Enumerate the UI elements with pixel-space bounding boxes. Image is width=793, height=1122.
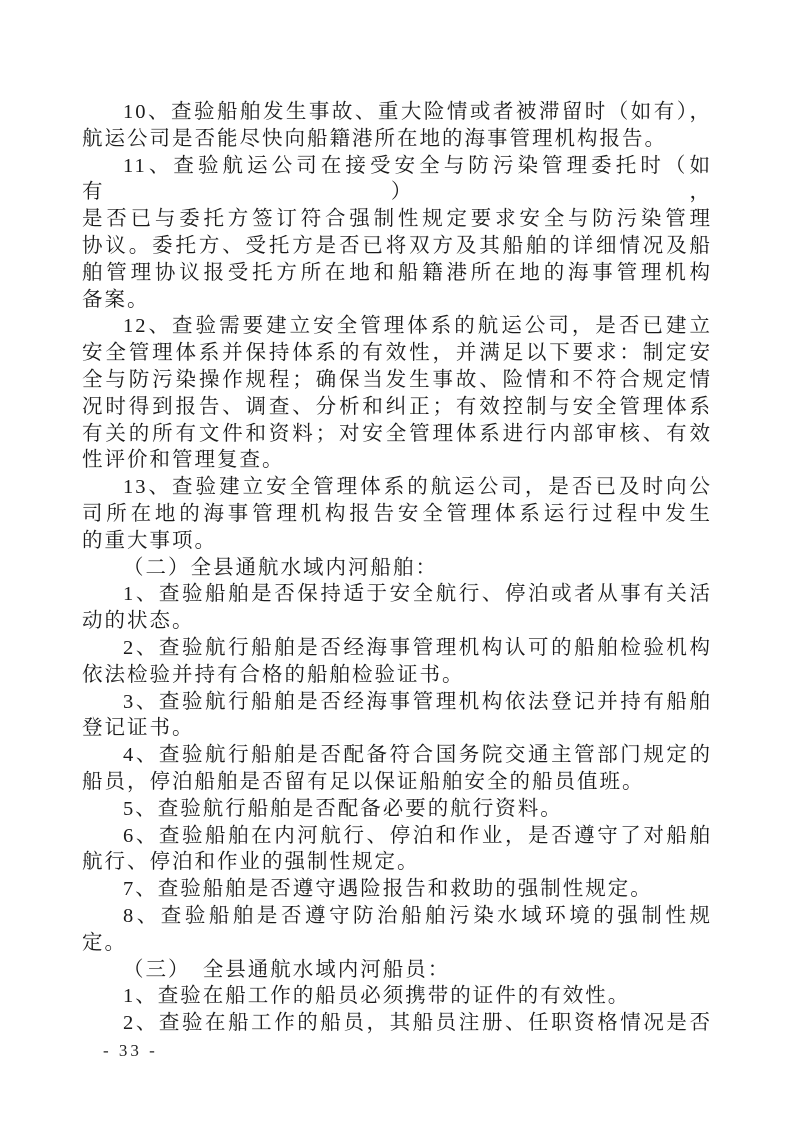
text-line: 况时得到报告、调查、分析和纠正；有效控制与安全管理体系 xyxy=(82,394,712,421)
numbered-paragraph: 5、查验航行船舶是否配备必要的航行资料。 xyxy=(82,796,712,823)
text-line: （三） 全县通航水域内河船员： xyxy=(82,957,712,984)
text-line: 10、查验船舶发生事故、重大险情或者被滞留时（如有）， xyxy=(82,99,712,126)
numbered-paragraph: 11、查验航运公司在接受安全与防污染管理委托时（如有），是否已与委托方签订符合强… xyxy=(82,153,712,314)
text-line: 6、查验船舶在内河航行、停泊和作业，是否遵守了对船舶 xyxy=(82,823,712,850)
document-body: 10、查验船舶发生事故、重大险情或者被滞留时（如有），航运公司是否能尽快向船籍港… xyxy=(82,99,712,1037)
numbered-paragraph: 2、查验航行船舶是否经海事管理机构认可的船舶检验机构依法检验并持有合格的船舶检验… xyxy=(82,635,712,689)
section-heading: （三） 全县通航水域内河船员： xyxy=(82,957,712,984)
text-line: 航行、停泊和作业的强制性规定。 xyxy=(82,849,712,876)
text-line: 全与防污染操作规程；确保当发生事故、险情和不符合规定情 xyxy=(82,367,712,394)
numbered-paragraph: 10、查验船舶发生事故、重大险情或者被滞留时（如有），航运公司是否能尽快向船籍港… xyxy=(82,99,712,153)
text-line: 3、查验航行船舶是否经海事管理机构依法登记并持有船舶 xyxy=(82,689,712,716)
numbered-paragraph: 1、查验在船工作的船员必须携带的证件的有效性。 xyxy=(82,983,712,1010)
numbered-paragraph: 1、查验船舶是否保持适于安全航行、停泊或者从事有关活动的状态。 xyxy=(82,581,712,635)
text-line: （二）全县通航水域内河船舶： xyxy=(82,555,712,582)
text-line: 12、查验需要建立安全管理体系的航运公司，是否已建立 xyxy=(82,313,712,340)
text-line: 舶管理协议报受托方所在地和船籍港所在地的海事管理机构 xyxy=(82,260,712,287)
text-line: 是否已与委托方签订符合强制性规定要求安全与防污染管理 xyxy=(82,206,712,233)
text-line: 2、查验在船工作的船员，其船员注册、任职资格情况是否 xyxy=(82,1010,712,1037)
text-line: 2、查验航行船舶是否经海事管理机构认可的船舶检验机构 xyxy=(82,635,712,662)
text-line: 司所在地的海事管理机构报告安全管理体系运行过程中发生 xyxy=(82,501,712,528)
numbered-paragraph: 8、查验船舶是否遵守防治船舶污染水域环境的强制性规定。 xyxy=(82,903,712,957)
text-line: 5、查验航行船舶是否配备必要的航行资料。 xyxy=(82,796,712,823)
text-line: 安全管理体系并保持体系的有效性，并满足以下要求：制定安 xyxy=(82,340,712,367)
text-line: 4、查验航行船舶是否配备符合国务院交通主管部门规定的 xyxy=(82,742,712,769)
text-line: 1、查验在船工作的船员必须携带的证件的有效性。 xyxy=(82,983,712,1010)
numbered-paragraph: 7、查验船舶是否遵守遇险报告和救助的强制性规定。 xyxy=(82,876,712,903)
text-line: 7、查验船舶是否遵守遇险报告和救助的强制性规定。 xyxy=(82,876,712,903)
text-line: 性评价和管理复查。 xyxy=(82,447,712,474)
text-line: 备案。 xyxy=(82,287,712,314)
text-line: 1、查验船舶是否保持适于安全航行、停泊或者从事有关活 xyxy=(82,581,712,608)
section-heading: （二）全县通航水域内河船舶： xyxy=(82,555,712,582)
text-line: 船员，停泊船舶是否留有足以保证船舶安全的船员值班。 xyxy=(82,769,712,796)
text-line: 航运公司是否能尽快向船籍港所在地的海事管理机构报告。 xyxy=(82,126,712,153)
text-line: 依法检验并持有合格的船舶检验证书。 xyxy=(82,662,712,689)
text-line: 定。 xyxy=(82,930,712,957)
document-page: 10、查验船舶发生事故、重大险情或者被滞留时（如有），航运公司是否能尽快向船籍港… xyxy=(0,0,793,1122)
text-line: 的重大事项。 xyxy=(82,528,712,555)
text-line: 13、查验建立安全管理体系的航运公司，是否已及时向公 xyxy=(82,474,712,501)
text-line: 动的状态。 xyxy=(82,608,712,635)
text-line: 11、查验航运公司在接受安全与防污染管理委托时（如有）， xyxy=(82,153,712,207)
page-number: - 33 - xyxy=(103,1041,158,1061)
text-line: 8、查验船舶是否遵守防治船舶污染水域环境的强制性规 xyxy=(82,903,712,930)
numbered-paragraph: 2、查验在船工作的船员，其船员注册、任职资格情况是否 xyxy=(82,1010,712,1037)
numbered-paragraph: 3、查验航行船舶是否经海事管理机构依法登记并持有船舶登记证书。 xyxy=(82,689,712,743)
text-line: 协议。委托方、受托方是否已将双方及其船舶的详细情况及船 xyxy=(82,233,712,260)
numbered-paragraph: 13、查验建立安全管理体系的航运公司，是否已及时向公司所在地的海事管理机构报告安… xyxy=(82,474,712,554)
numbered-paragraph: 12、查验需要建立安全管理体系的航运公司，是否已建立安全管理体系并保持体系的有效… xyxy=(82,313,712,474)
numbered-paragraph: 4、查验航行船舶是否配备符合国务院交通主管部门规定的船员，停泊船舶是否留有足以保… xyxy=(82,742,712,796)
text-line: 登记证书。 xyxy=(82,715,712,742)
numbered-paragraph: 6、查验船舶在内河航行、停泊和作业，是否遵守了对船舶航行、停泊和作业的强制性规定… xyxy=(82,823,712,877)
text-line: 有关的所有文件和资料；对安全管理体系进行内部审核、有效 xyxy=(82,421,712,448)
